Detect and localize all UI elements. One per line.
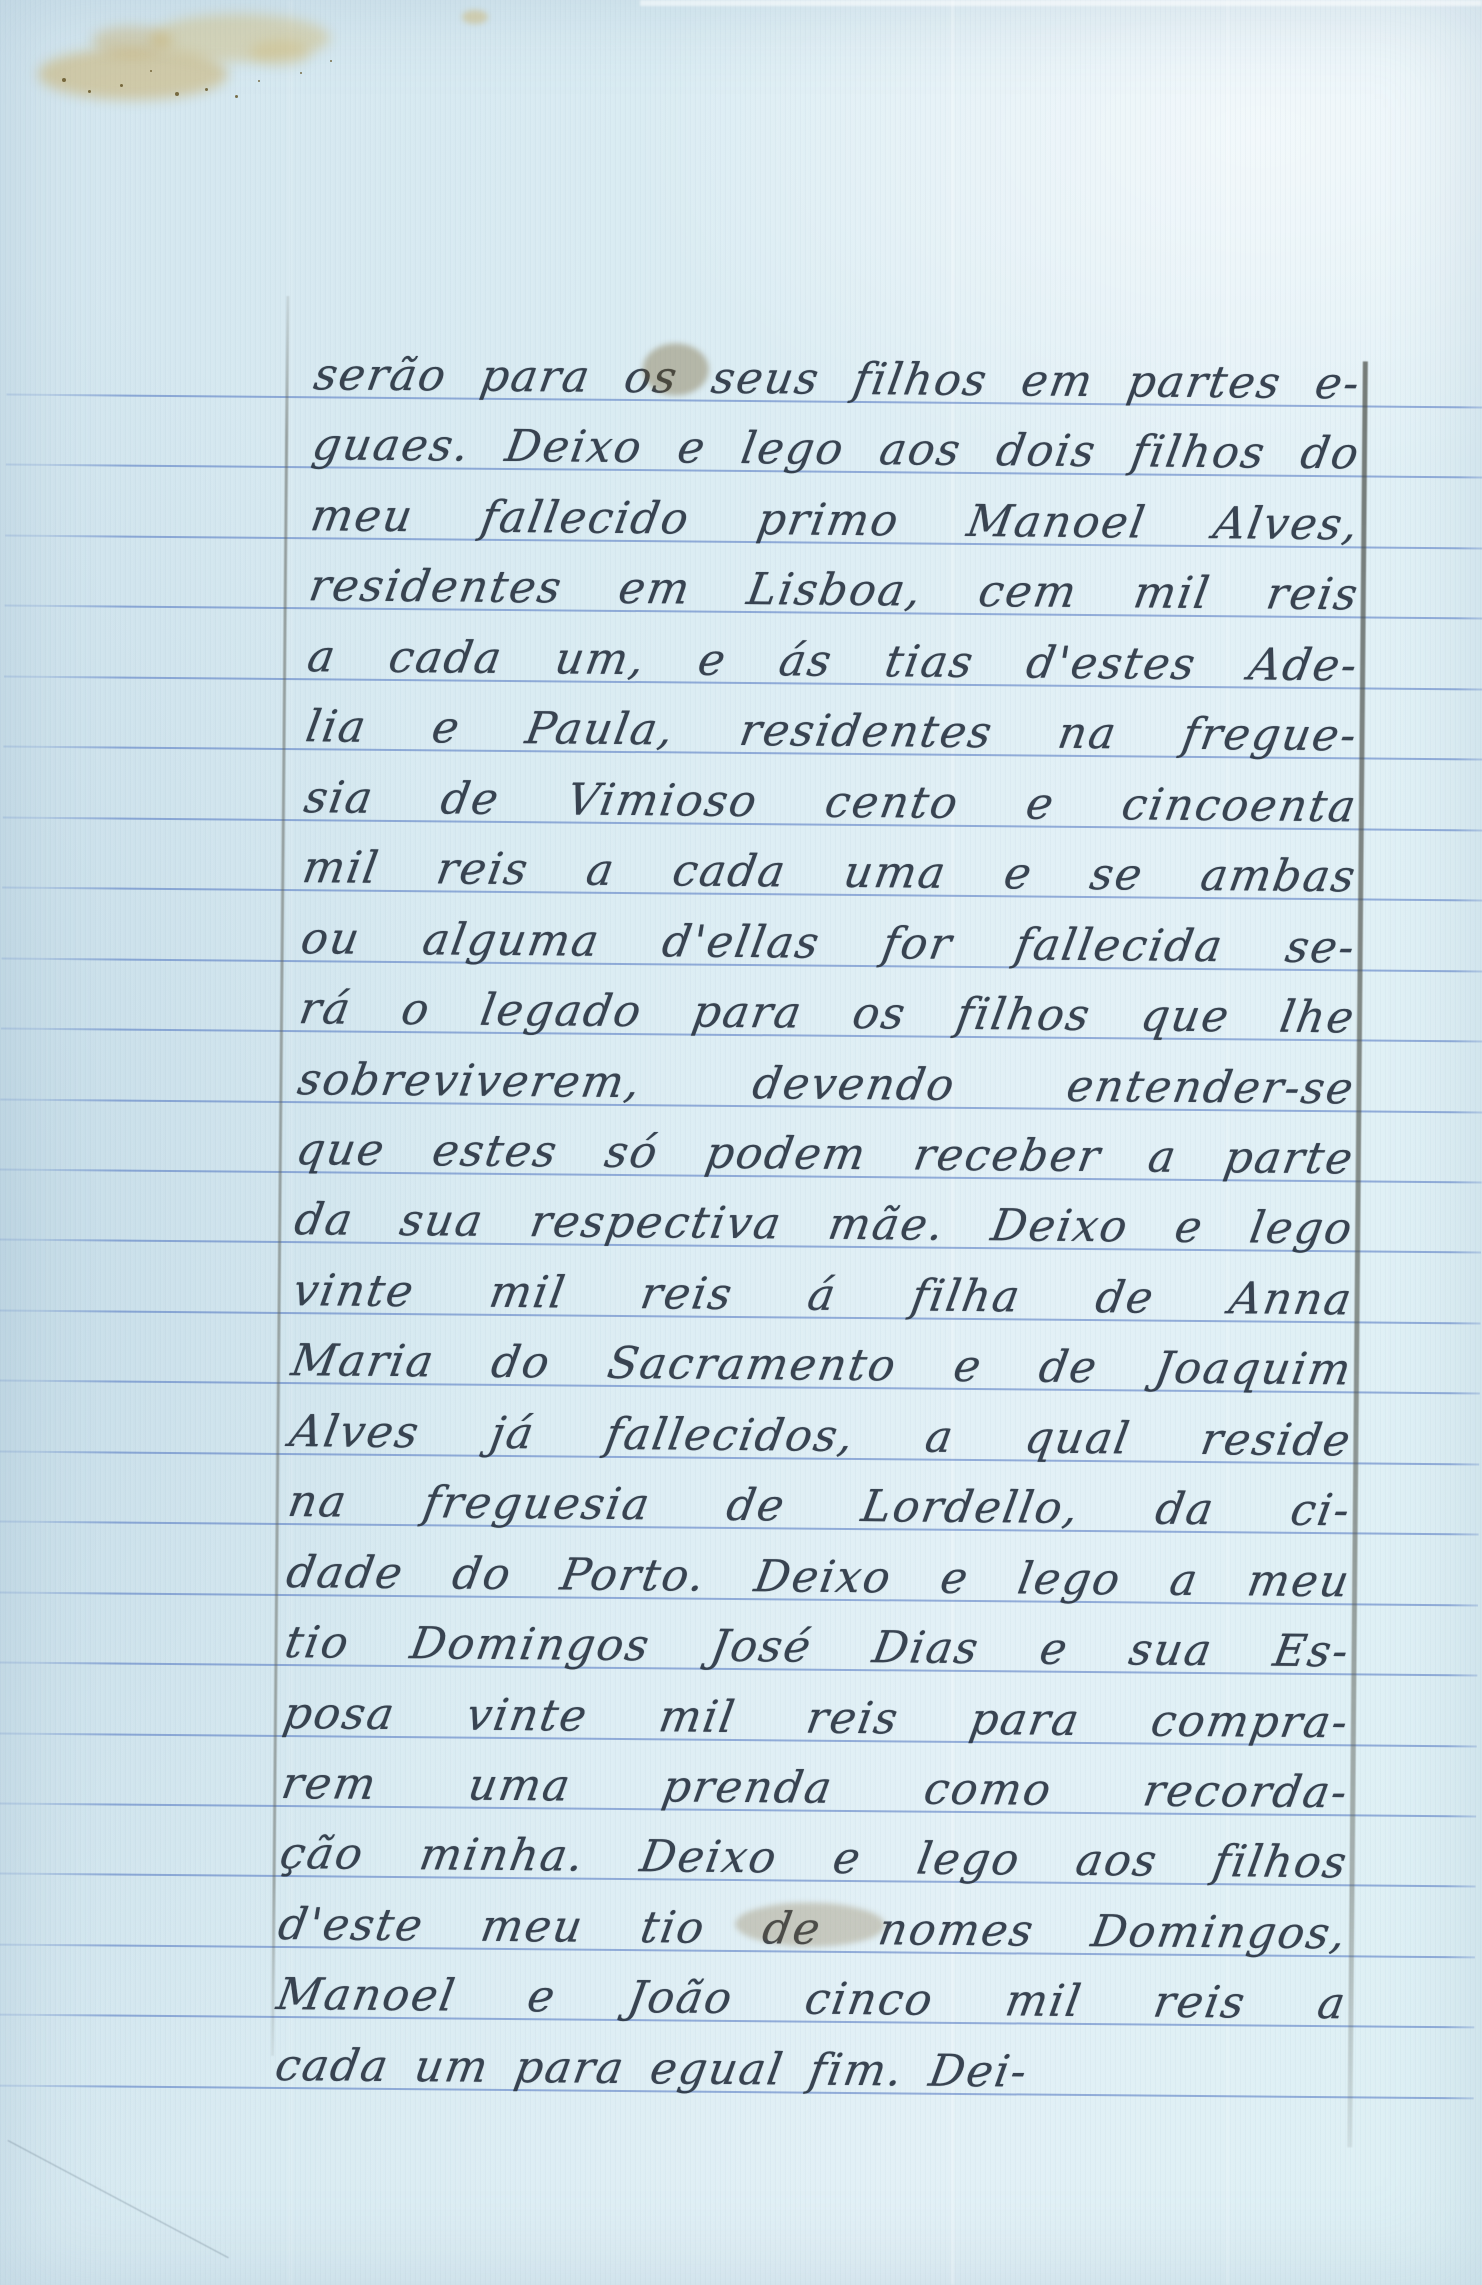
manuscript-line: Alves já fallecidos, a qual reside xyxy=(284,1397,1357,1478)
manuscript-line: sia de Vimioso cento e cincoenta xyxy=(299,763,1363,844)
manuscript-line: dade do Porto. Deixo e lego a meu xyxy=(281,1538,1356,1619)
manuscript-line: que estes só podem receber a parte xyxy=(291,1115,1360,1196)
manuscript-line: guaes. Deixo e lego aos dois filhos do xyxy=(307,411,1366,492)
manuscript-page: serão para os seus filhos em partes e-gu… xyxy=(0,0,1482,2285)
manuscript-line: mil reis a cada uma e se ambas xyxy=(297,833,1362,914)
manuscript-line: vinte mil reis á filha de Anna xyxy=(287,1256,1358,1337)
manuscript-line: ção minha. Deixo e lego aos filhos xyxy=(274,1819,1353,1900)
sheet-content: serão para os seus filhos em partes e-gu… xyxy=(0,0,1482,2285)
manuscript-line: ou alguma d'ellas for fallecida se- xyxy=(295,904,1361,985)
manuscript-line: sobreviverem, devendo entender-se xyxy=(292,1045,1360,1126)
manuscript-line: tio Domingos José Dias e sua Es- xyxy=(279,1608,1355,1689)
manuscript-line: serão para os seus filhos em partes e- xyxy=(308,340,1366,421)
manuscript-line: meu fallecido primo Manoel Alves, xyxy=(305,481,1365,562)
manuscript-line: Maria do Sacramento e de Joaquim xyxy=(286,1326,1358,1407)
manuscript-line: residentes em Lisboa, cem mil reis xyxy=(304,552,1365,633)
manuscript-line: lia e Paula, residentes na fregue- xyxy=(300,692,1363,773)
ink-blot xyxy=(643,343,709,396)
manuscript-line: da sua respectiva mãe. Deixo e lego xyxy=(289,1186,1359,1267)
manuscript-line: rá o legado para os filhos que lhe xyxy=(294,974,1361,1055)
manuscript-line: na freguesia de Lordello, da ci- xyxy=(283,1467,1357,1548)
manuscript-line: rem uma prenda como recorda- xyxy=(276,1749,1354,1830)
manuscript-line: posa vinte mil reis para compra- xyxy=(278,1679,1355,1760)
manuscript-line: Manoel e João cinco mil reis a xyxy=(271,1960,1352,2041)
manuscript-line: a cada um, e ás tias d'estes Ade- xyxy=(302,622,1364,703)
manuscript-line: cada um para egual fim. Dei- xyxy=(270,2031,1162,2111)
